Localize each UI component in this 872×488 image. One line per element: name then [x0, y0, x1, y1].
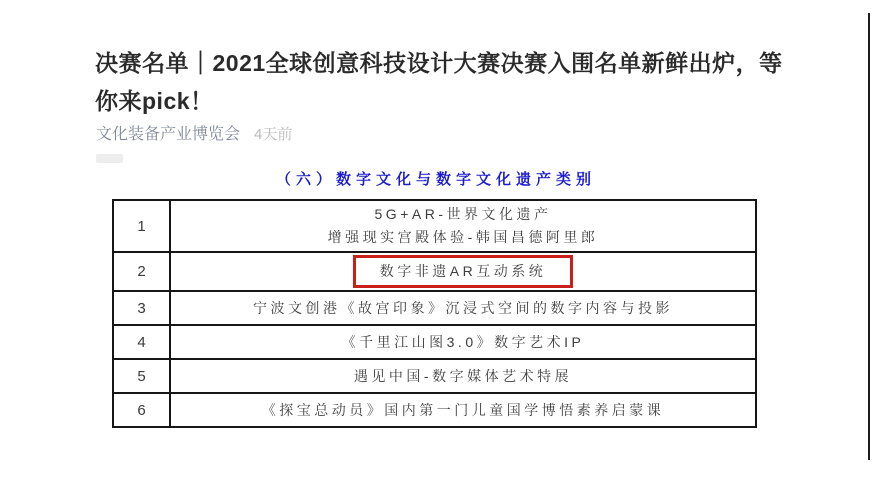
byline: 文化装备产业博览会4天前: [96, 121, 292, 144]
entry-line: 宁波文创港《故宫印象》沉浸式空间的数字内容与投影: [253, 297, 673, 320]
page-title: 决赛名单｜2021全球创意科技设计大赛决赛入围名单新鲜出炉，等你来pick！: [95, 44, 783, 120]
article-page: 决赛名单｜2021全球创意科技设计大赛决赛入围名单新鲜出炉，等你来pick！ 文…: [0, 0, 872, 488]
highlight-box: 数字非遗AR互动系统: [353, 255, 573, 288]
entry-line: 增强现实宫殿体验-韩国昌德阿里郎: [328, 226, 599, 249]
row-content: 《千里江山图3.0》数字艺术IP: [171, 326, 755, 358]
byline-timestamp: 4天前: [254, 126, 292, 143]
finalist-table: 1 5G+AR-世界文化遗产 增强现实宫殿体验-韩国昌德阿里郎 2 数字非遗AR…: [112, 199, 757, 428]
table-row: 3 宁波文创港《故宫印象》沉浸式空间的数字内容与投影: [114, 290, 755, 324]
row-content: 宁波文创港《故宫印象》沉浸式空间的数字内容与投影: [171, 292, 755, 324]
table-row: 1 5G+AR-世界文化遗产 增强现实宫殿体验-韩国昌德阿里郎: [114, 201, 755, 251]
row-number: 6: [114, 394, 171, 426]
section-header: （六）数字文化与数字文化遗产类别: [0, 168, 872, 189]
row-number: 4: [114, 326, 171, 358]
row-content: 5G+AR-世界文化遗产 增强现实宫殿体验-韩国昌德阿里郎: [171, 201, 755, 251]
row-number: 3: [114, 292, 171, 324]
table-row: 4 《千里江山图3.0》数字艺术IP: [114, 324, 755, 358]
row-content: 遇见中国-数字媒体艺术特展: [171, 360, 755, 392]
entry-line: 遇见中国-数字媒体艺术特展: [354, 365, 572, 388]
entry-line: 数字非遗AR互动系统: [380, 263, 546, 279]
row-content: 数字非遗AR互动系统: [171, 253, 755, 290]
entry-line: 《探宝总动员》国内第一门儿童国学博悟素养启蒙课: [262, 399, 665, 422]
row-number: 1: [114, 201, 171, 251]
table-row: 5 遇见中国-数字媒体艺术特展: [114, 358, 755, 392]
table-row: 2 数字非遗AR互动系统: [114, 251, 755, 290]
entry-line: 5G+AR-世界文化遗产: [375, 203, 552, 226]
page-edge-line: [868, 13, 870, 460]
entry-line: 《千里江山图3.0》数字艺术IP: [342, 331, 585, 354]
row-number: 2: [114, 253, 171, 290]
faded-divider: [96, 154, 123, 163]
table-row: 6 《探宝总动员》国内第一门儿童国学博悟素养启蒙课: [114, 392, 755, 426]
row-content: 《探宝总动员》国内第一门儿童国学博悟素养启蒙课: [171, 394, 755, 426]
byline-author-link[interactable]: 文化装备产业博览会: [96, 126, 240, 143]
row-number: 5: [114, 360, 171, 392]
